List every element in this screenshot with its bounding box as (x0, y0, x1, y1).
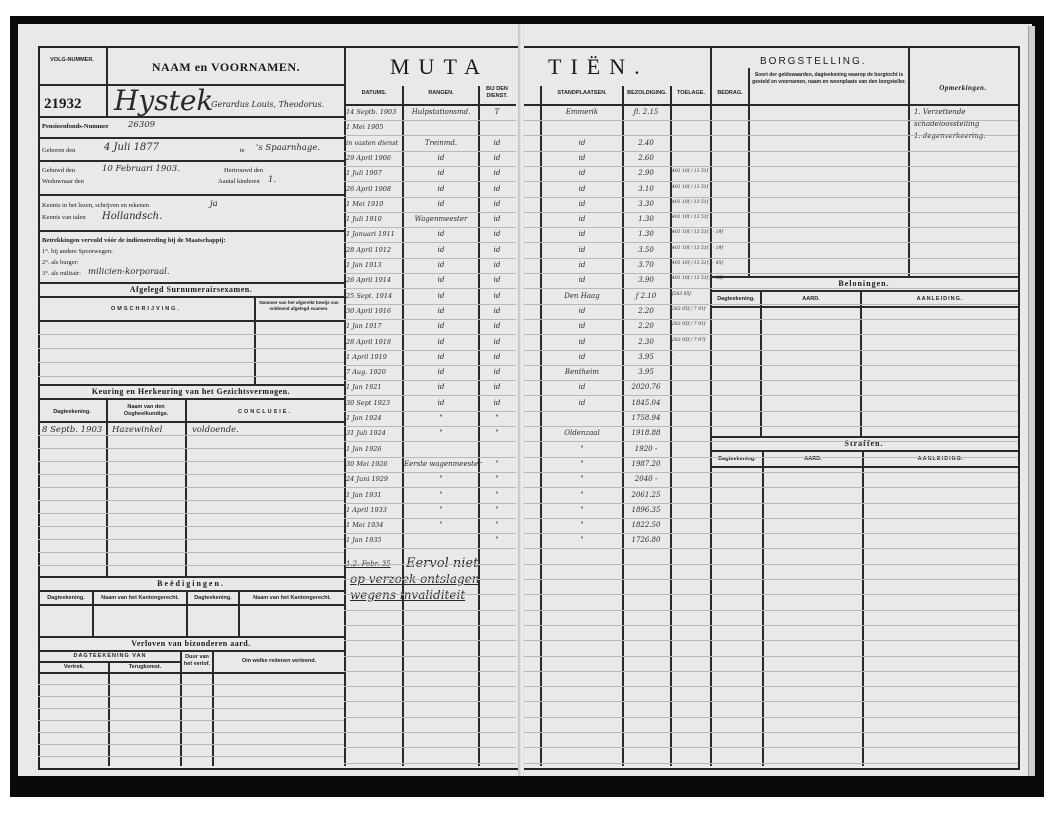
ruled-line (38, 552, 344, 553)
betrekkingen-label: Betrekkingen vervuld vóór de indienstred… (42, 237, 226, 244)
geboren-te-label: te (240, 147, 245, 154)
ruled-line (524, 319, 1018, 320)
opmerkingen-label: Opmerkingen. (910, 84, 1016, 92)
mutatie-datum: 28 April 1918 (346, 338, 391, 346)
ruled-line (38, 348, 344, 349)
mutatie-rang: id (404, 399, 478, 407)
left-page: VOLG-NUMMER. NAAM en VOORNAMEN. 21932 Hy… (18, 24, 520, 776)
ruled-line (344, 610, 516, 611)
ruled-line (524, 304, 1018, 305)
ruled-line (344, 319, 516, 320)
ruled-line (524, 135, 1018, 136)
mutatie-toelage: 401 10f / 13 51f / - 19f (672, 230, 723, 235)
mutatie-bezoldiging: ƒ 2.10 (624, 292, 668, 300)
mutatie-dienst: " (480, 536, 514, 544)
mutatie-datum: 24 Juni 1929 (346, 475, 388, 483)
mutatie-datum: 7 Aug. 1920 (346, 368, 386, 376)
keuring-title: Keuring en Herkeuring van het Gezichtsve… (38, 387, 344, 396)
verloven-title: Verloven van bizonderen aard. (38, 639, 344, 648)
ruled-line (344, 181, 516, 182)
beloningen-col-aard: AARD. (762, 296, 860, 303)
mutatie-bezoldiging: 3.50 (624, 246, 668, 254)
ruled-line (344, 258, 516, 259)
mutatie-dienst: " (480, 475, 514, 483)
ruled-line (344, 717, 516, 718)
mutatie-bezoldiging: 2061.25 (624, 491, 668, 499)
mutatie-rang: Wagenmeester (404, 215, 478, 223)
mutatie-datum: 1 Juli 1910 (346, 215, 382, 223)
mutatie-bezoldiging: 1726.80 (624, 536, 668, 544)
mutatie-datum: 1 Mei 1934 (346, 521, 383, 529)
ruled-line (344, 701, 516, 702)
ruled-line (524, 686, 1018, 687)
mutatie-bezoldiging: 2.30 (624, 338, 668, 346)
betrekkingen-2-label: 2°. als burger: (42, 259, 79, 266)
ruled-line (344, 671, 516, 672)
ruled-line (344, 227, 516, 228)
mutatie-rang: id (404, 230, 478, 238)
mutatie-rang: " (404, 414, 478, 422)
mutatie-bezoldiging: 1896.35 (624, 506, 668, 514)
mutatie-toelage: 283 05f / 7 91f (672, 307, 705, 312)
mutatie-rang: id (404, 338, 478, 346)
ruled-line (344, 472, 516, 473)
ruled-line (344, 166, 516, 167)
beloningen-col-dagteekening: Dagteekening. (712, 296, 760, 303)
keuring-col-dagteekening: Dagteekening. (40, 409, 104, 416)
ruled-line (344, 350, 516, 351)
ruled-line (524, 181, 1018, 182)
mutatie-dienst: id (480, 139, 514, 147)
ruled-line (344, 686, 516, 687)
col-standplaatsen: STANDPLAATSEN. (542, 90, 622, 97)
mutatie-dienst: id (480, 261, 514, 269)
ruled-line (344, 457, 516, 458)
mutatie-datum: 31 Juli 1924 (346, 429, 386, 437)
mutatie-standplaats: id (542, 154, 622, 162)
geboren-plaats: 's Spaarnhage. (256, 143, 320, 153)
ruled-line (344, 273, 516, 274)
mutatie-standplaats: " (542, 475, 622, 483)
keuring-datum: 8 Septb. 1903 (42, 425, 102, 435)
ruled-line (344, 656, 516, 657)
ruled-line (524, 212, 1018, 213)
ruled-line (524, 227, 1018, 228)
mutatie-rang: Treinmd. (404, 139, 478, 147)
mutatie-dienst: id (480, 368, 514, 376)
mutatie-bezoldiging: 3.95 (624, 368, 668, 376)
ruled-line (344, 594, 516, 595)
right-page: TIËN. STANDPLAATSEN. BEZOLDIGING. TOELAG… (524, 24, 1032, 776)
mutatie-bezoldiging: 2.20 (624, 322, 668, 330)
mutatie-datum: 1 Jan 1921 (346, 383, 381, 391)
mutatie-standplaats: " (542, 506, 622, 514)
beedigingen-col-4: Naam van het Kantongerecht. (240, 595, 344, 602)
ruled-line (344, 518, 516, 519)
ruled-line (344, 625, 516, 626)
mutatie-bezoldiging: 2.90 (624, 169, 668, 177)
mutatie-datum: 1 Jan 1926 (346, 445, 381, 453)
mutatie-datum: 1 Jan 1917 (346, 322, 381, 330)
mutatie-rang: " (404, 491, 478, 499)
mutatie-bezoldiging: 1822.50 (624, 521, 668, 529)
ruled-line (344, 365, 516, 366)
ruled-line (344, 212, 516, 213)
mutatie-standplaats: " (542, 521, 622, 529)
ruled-line (344, 763, 516, 764)
ruled-line (344, 120, 516, 121)
ruled-line (344, 640, 516, 641)
ruled-line (524, 487, 1018, 488)
mutatie-datum: 1 Januari 1911 (346, 230, 395, 238)
mutatie-dienst: " (480, 414, 514, 422)
mutatie-datum: 1 Jan 1935 (346, 536, 381, 544)
mutatie-datum: 26 April 1914 (346, 276, 391, 284)
ruled-line (524, 258, 1018, 259)
naam-voornamen-label: NAAM en VOORNAMEN. (108, 60, 344, 75)
mutatie-dienst: " (480, 521, 514, 529)
mutatie-standplaats: id (542, 215, 622, 223)
mutatie-bezoldiging: 2.20 (624, 307, 668, 315)
mutatien-title-right: TIËN. (548, 54, 649, 80)
ruled-line (38, 500, 344, 501)
mutatie-datum: 1 Mei 1910 (346, 200, 383, 208)
mutatie-datum: in vasten dienst (346, 139, 398, 147)
ruled-line (524, 350, 1018, 351)
mutatie-standplaats: id (542, 338, 622, 346)
ruled-line (524, 717, 1018, 718)
ruled-line (344, 380, 516, 381)
kennis-talen-label: Kennis van talen (42, 214, 86, 221)
ruled-line (344, 411, 516, 412)
mutatie-dienst: id (480, 169, 514, 177)
mutatie-standplaats: Oldenzaal (542, 429, 622, 437)
ruled-line (38, 376, 344, 377)
mutatie-standplaats: id (542, 230, 622, 238)
mutatie-bezoldiging: ƒl. 2.15 (624, 108, 668, 116)
mutatie-datum: 29 April 1906 (346, 154, 391, 162)
ruled-line (524, 640, 1018, 641)
ruled-line (524, 610, 1018, 611)
mutatie-datum: 26 April 1908 (346, 185, 391, 193)
mutatie-datum: 30 Mei 1926 (346, 460, 388, 468)
mutatie-toelage: - (672, 353, 674, 358)
mutatie-dienst: id (480, 399, 514, 407)
verloven-col-redenen: Om welke redenen verleend. (214, 658, 344, 665)
ruled-line (344, 242, 516, 243)
gehuwd-datum: 10 Februari 1903. (102, 164, 180, 174)
verloven-col-vertrek: Vertrek. (40, 664, 108, 671)
ruled-line (524, 166, 1018, 167)
ruled-line (344, 197, 516, 198)
mutatie-standplaats: id (542, 246, 622, 254)
ruled-line (344, 441, 516, 442)
mutatie-datum: 30 Sept 1923 (346, 399, 390, 407)
mutatie-toelage: 283 05f / 7 91f (672, 322, 705, 327)
ruled-line (524, 411, 1018, 412)
mutatie-standplaats: id (542, 169, 622, 177)
mutatie-rang: id (404, 322, 478, 330)
ruled-line (38, 732, 344, 733)
col-borgtocht-soort: Soort der geldswaarden, dagteekening waa… (752, 72, 906, 86)
beedigingen-col-1: Dagteekening. (40, 595, 92, 602)
mutatie-datum: 1 Jan 1931 (346, 491, 381, 499)
ruled-line (524, 625, 1018, 626)
ruled-line (344, 288, 516, 289)
keuring-col-naam: Naam van den Oogheelkundige. (108, 404, 184, 418)
verloven-col-terugkomst: Terugkomst. (110, 664, 180, 671)
mutatie-bezoldiging: 1918.88 (624, 429, 668, 437)
mutatie-standplaats: id (542, 139, 622, 147)
mutatie-bezoldiging: 2020.76 (624, 383, 668, 391)
kennis-lezen-label: Kennis in het lezen, schrijven en rekene… (42, 202, 149, 209)
mutatie-standplaats: Emmerik (542, 108, 622, 116)
kennis-talen-value: Hollandsch. (102, 211, 162, 222)
mutatie-bezoldiging: 2040 - (624, 475, 668, 483)
mutatie-datum: 25 Sept. 1914 (346, 292, 392, 300)
given-names: , Gerardus Louis, Theodorus. (206, 100, 324, 109)
betrekkingen-3-label: 3°. als militair: (42, 270, 81, 277)
nummer-bewijs-header: Nummer van het afgereikt bewijs van vold… (256, 300, 342, 311)
keuring-conclusie: voldoende. (192, 425, 239, 435)
col-rangen: RANGEN. (404, 90, 478, 97)
mutatie-standplaats: id (542, 200, 622, 208)
kinderen-label: Aantal kinderen (218, 178, 260, 185)
mutatie-dienst: id (480, 307, 514, 315)
ruled-line (524, 457, 1018, 458)
pensioenfonds-nummer: 26309 (128, 120, 155, 130)
ruled-line (344, 395, 516, 396)
mutatie-toelage: 401 10f / 13 51f (672, 200, 708, 205)
mutatie-rang: Eerste wagenmeester (404, 460, 478, 468)
mutatie-rang: id (404, 185, 478, 193)
mutatie-dienst: T (480, 108, 514, 116)
ruled-line (38, 539, 344, 540)
mutatie-dienst: id (480, 185, 514, 193)
kennis-lezen-value: ja (210, 199, 218, 209)
mutatie-dienst: " (480, 506, 514, 514)
ruled-line (38, 684, 344, 685)
mutatie-standplaats: " (542, 491, 622, 499)
ruled-line (344, 579, 516, 580)
mutatie-dienst: " (480, 429, 514, 437)
mutatie-rang: id (404, 246, 478, 254)
ruled-line (344, 564, 516, 565)
mutatie-rang: id (404, 368, 478, 376)
ruled-line (524, 579, 1018, 580)
ruled-line (38, 756, 344, 757)
ruled-line (524, 533, 1018, 534)
mutatie-standplaats: Den Haag (542, 292, 622, 300)
mutatie-standplaats: id (542, 399, 622, 407)
borgstelling-title: BORGSTELLING. (760, 56, 867, 67)
ruled-line (344, 533, 516, 534)
mutatie-rang: id (404, 383, 478, 391)
surnumerair-title: Afgelegd Surnumerairsexamen. (38, 285, 344, 294)
ruled-line (38, 565, 344, 566)
beedigingen-col-3: Dagteekening. (188, 595, 238, 602)
mutatie-dienst: id (480, 276, 514, 284)
ruled-line (344, 135, 516, 136)
beedigingen-title: Beëdigingen. (38, 579, 344, 588)
geboren-datum: 4 Juli 1877 (104, 142, 159, 153)
ruled-line (344, 151, 516, 152)
beloningen-col-aanleiding: AANLEIDING. (862, 296, 1018, 303)
ruled-line (344, 732, 516, 733)
ruled-line (38, 720, 344, 721)
ruled-line (38, 334, 344, 335)
col-bezoldiging: BEZOLDIGING. (624, 90, 670, 97)
ruled-line (38, 474, 344, 475)
mutatie-dienst: id (480, 353, 514, 361)
mutatie-bezoldiging: 3.10 (624, 185, 668, 193)
mutatie-bezoldiging: 3.95 (624, 353, 668, 361)
ruled-line (344, 426, 516, 427)
ruled-line (38, 435, 344, 436)
ruled-line (524, 288, 1018, 289)
ruled-line (524, 472, 1018, 473)
mutatie-datum: 1 Jan 1913 (346, 261, 381, 269)
mutatie-standplaats: Bentheim (542, 368, 622, 376)
page-edge (1028, 26, 1035, 776)
mutatie-bezoldiging: 2.60 (624, 154, 668, 162)
mutatie-toelage: 401 10f / 13 51f (672, 169, 708, 174)
mutatie-toelage: 401 10f / 13 51f / - 19f (672, 246, 723, 251)
ruled-line (38, 744, 344, 745)
ruled-line (38, 513, 344, 514)
pensioenfonds-label: Pensioenfonds-Nummer (42, 123, 109, 130)
mutatie-dienst: " (480, 491, 514, 499)
mutatie-standplaats: id (542, 383, 622, 391)
keuring-naam: Hazewinkel (112, 425, 162, 435)
ruled-line (524, 548, 1018, 549)
mutatie-rang: id (404, 200, 478, 208)
mutatie-rang: " (404, 506, 478, 514)
mutatie-datum: 1 Jan 1924 (346, 414, 381, 422)
betrekkingen-1-label: 1°. bij andere Spoorwegen: (42, 248, 113, 255)
mutatie-toelage: ƒ283 05f (672, 292, 691, 297)
mutatie-dienst: id (480, 246, 514, 254)
ruled-line (524, 426, 1018, 427)
mutatie-dienst: id (480, 383, 514, 391)
mutatie-bezoldiging: 1987.20 (624, 460, 668, 468)
mutatie-toelage: 283 05f / 7 97f (672, 338, 705, 343)
mutatie-standplaats: id (542, 307, 622, 315)
mutatie-datum: 1 Mei 1905 (346, 123, 383, 131)
mutatie-standplaats: " (542, 445, 622, 453)
ruled-line (524, 656, 1018, 657)
mutatie-rang: id (404, 276, 478, 284)
mutatie-toelage: 401 10f / 13 51f (672, 185, 708, 190)
mutatie-datum: 28 April 1912 (346, 246, 391, 254)
mutatie-bezoldiging: 1920 - (624, 445, 668, 453)
mutatie-rang: id (404, 307, 478, 315)
ruled-line (524, 564, 1018, 565)
mutatie-toelage: 401 10f / 13 51f (672, 215, 708, 220)
mutatie-standplaats: " (542, 536, 622, 544)
ruled-line (524, 120, 1018, 121)
mutatie-dienst: id (480, 154, 514, 162)
ruled-line (38, 487, 344, 488)
mutatie-standplaats: id (542, 322, 622, 330)
beloningen-title: Beloningen. (710, 279, 1018, 288)
ruled-line (38, 526, 344, 527)
volg-nummer-label: VOLG-NUMMER. (40, 57, 104, 64)
mutatie-bezoldiging: 2.40 (624, 139, 668, 147)
scanned-ledger-spread: VOLG-NUMMER. NAAM en VOORNAMEN. 21932 Hy… (10, 16, 1044, 797)
mutatie-dienst: id (480, 292, 514, 300)
omschrijving-header: OMSCHRIJVING. (40, 306, 252, 313)
mutatie-datum: 1 April 1933 (346, 506, 387, 514)
ruled-line (38, 362, 344, 363)
mutatie-rang: id (404, 261, 478, 269)
mutatie-dienst: id (480, 200, 514, 208)
mutatie-standplaats: id (542, 276, 622, 284)
mutatie-rang: " (404, 521, 478, 529)
hertrouwd-label: Hertrouwd den (224, 167, 263, 174)
mutatie-toelage: 401 10f / 13 51f / - 45f (672, 261, 723, 266)
ruled-line (524, 503, 1018, 504)
ruled-line (524, 273, 1018, 274)
mutatie-rang: id (404, 169, 478, 177)
opmerking-1: 1. Verzettende (914, 108, 966, 116)
ruled-line (524, 334, 1018, 335)
mutatie-rang: id (404, 154, 478, 162)
mutatie-datum: 1 Juli 1907 (346, 169, 382, 177)
mutatie-dienst: id (480, 215, 514, 223)
ruled-line (38, 708, 344, 709)
mutatie-bezoldiging: 1758.94 (624, 414, 668, 422)
weduwnaar-label: Weduwnaar den (42, 178, 84, 185)
mutatie-dienst: id (480, 322, 514, 330)
ruled-line (524, 197, 1018, 198)
ruled-line (524, 380, 1018, 381)
ruled-line (524, 747, 1018, 748)
ruled-line (524, 594, 1018, 595)
mutatie-bezoldiging: 1.30 (624, 230, 668, 238)
ruled-line (524, 732, 1018, 733)
mutatie-bezoldiging: 3.90 (624, 276, 668, 284)
ruled-line (344, 548, 516, 549)
kinderen-value: 1. (268, 175, 276, 185)
mutatie-bezoldiging: 1.30 (624, 215, 668, 223)
mutatie-rang: Hulpstationsmd. (404, 108, 478, 116)
ruled-line (344, 503, 516, 504)
mutatien-title-left: MUTA (390, 54, 489, 80)
col-toelage: TOELAGE. (672, 90, 710, 97)
mutatie-dienst: id (480, 338, 514, 346)
mutatie-standplaats: id (542, 261, 622, 269)
mutatie-rang: " (404, 475, 478, 483)
mutatie-datum: 30 April 1916 (346, 307, 391, 315)
volg-nummer-value: 21932 (44, 96, 82, 113)
ruled-line (344, 334, 516, 335)
beedigingen-col-2: Naam van het Kantongerecht. (94, 595, 186, 602)
opmerking-2: schadeloosstelling (914, 120, 979, 128)
ruled-line (344, 487, 516, 488)
ruled-line (524, 763, 1018, 764)
ruled-line (524, 395, 1018, 396)
ruled-line (524, 518, 1018, 519)
mutatie-standplaats: id (542, 353, 622, 361)
gehuwd-label: Gehuwd den (42, 167, 75, 174)
verloven-col-duur: Duur van het verlof. (182, 654, 212, 668)
ruled-line (524, 151, 1018, 152)
ruled-line (38, 696, 344, 697)
mutatie-datum: 1 April 1919 (346, 353, 387, 361)
ruled-line (524, 441, 1018, 442)
ruled-line (344, 747, 516, 748)
